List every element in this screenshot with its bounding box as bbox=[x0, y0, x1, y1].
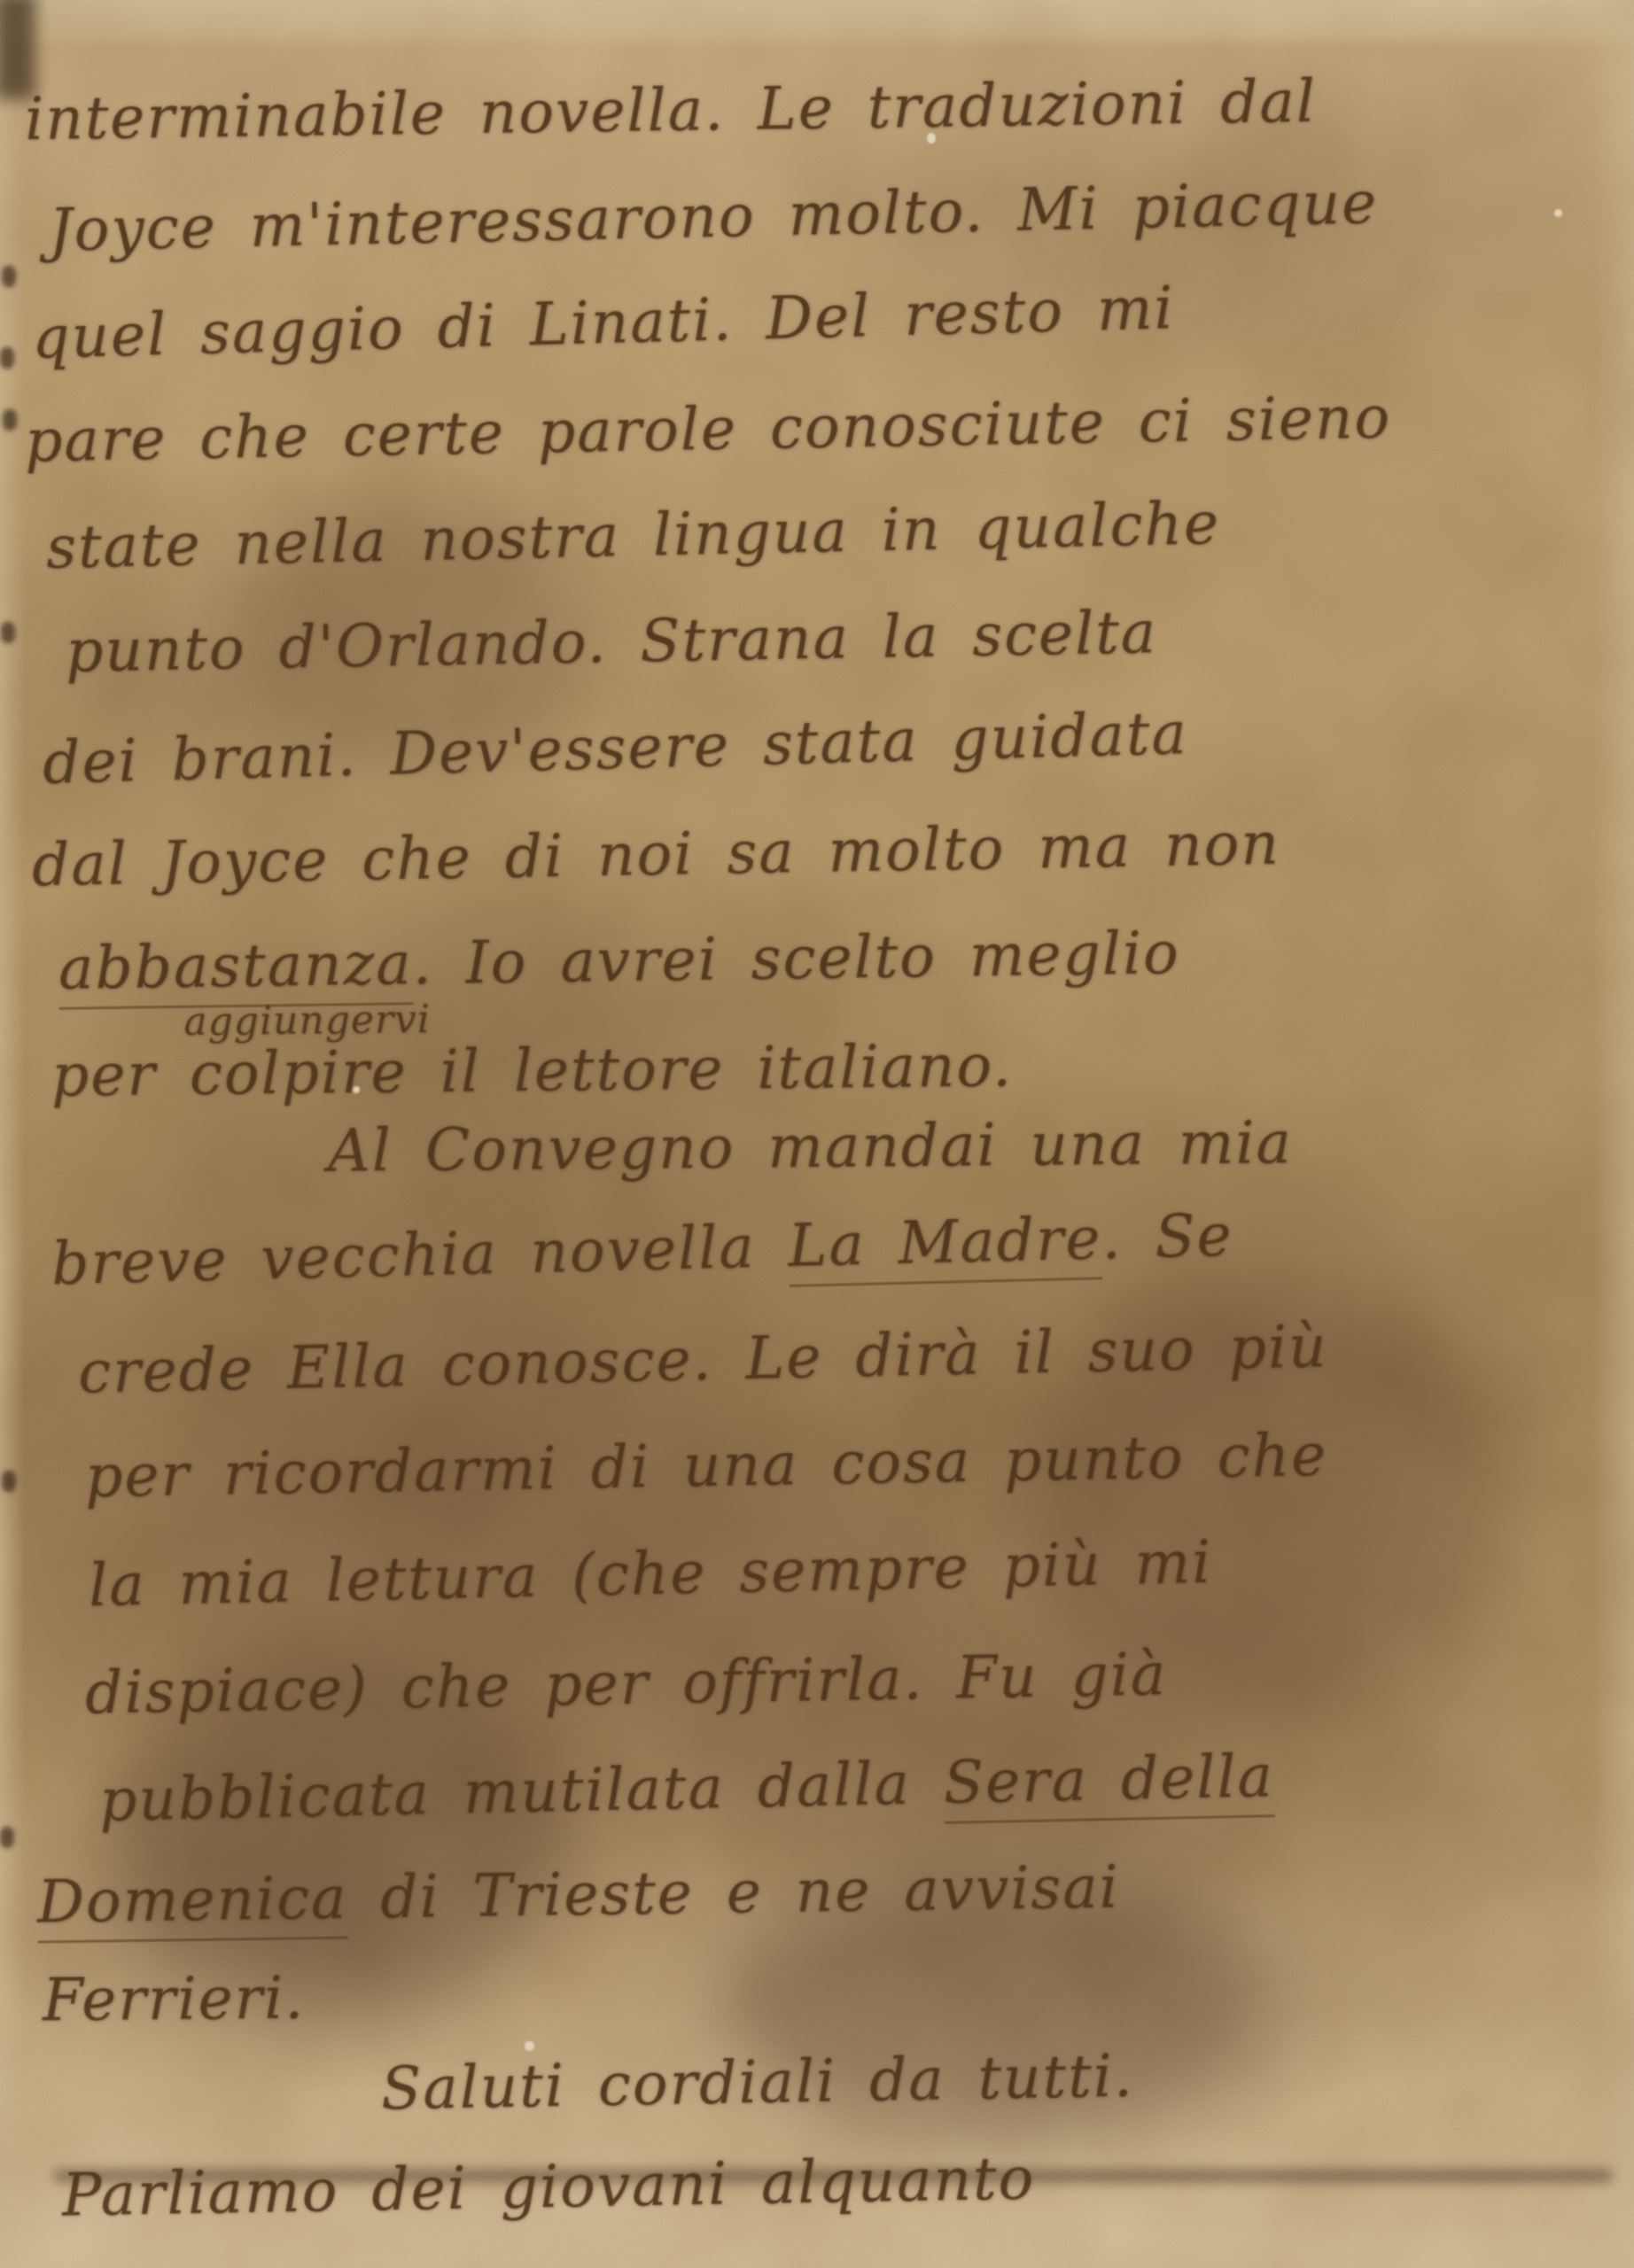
handwriting-text: Ferrieri. bbox=[43, 1964, 306, 2035]
handwriting-line: Domenica di Trieste e ne avvisai bbox=[37, 1858, 1120, 1931]
handwriting-line: Ferrieri. bbox=[43, 1969, 306, 2031]
handwriting-line: aggiungerviper colpire il lettore italia… bbox=[51, 1037, 1014, 1105]
handwriting-text: di Trieste e ne avvisai bbox=[347, 1852, 1120, 1931]
edge-ink-mark bbox=[1, 622, 15, 643]
handwriting-line: Parliamo dei giovani alquanto bbox=[62, 2149, 1036, 2225]
letter-photo: interminabile novella. Le traduzioni dal… bbox=[0, 0, 1634, 2268]
edge-ink-mark bbox=[0, 347, 14, 369]
photo-edge-top bbox=[0, 0, 1634, 48]
handwriting-line: Al Convegno mandai una mia bbox=[328, 1114, 1293, 1180]
edge-ink-mark bbox=[0, 1827, 14, 1848]
edge-ink-mark bbox=[2, 1471, 16, 1492]
photo-edge-right bbox=[1593, 0, 1634, 2268]
underlined-word: La Madre bbox=[788, 1204, 1103, 1287]
edge-ink-mark bbox=[3, 409, 17, 431]
handwriting-line: interminabile novella. Le traduzioni dal bbox=[25, 73, 1318, 149]
edge-ink-mark bbox=[2, 266, 16, 287]
underlined-word: Sera della bbox=[943, 1742, 1275, 1824]
photo-edge-left bbox=[0, 0, 25, 2268]
interline-insertion: aggiungervi bbox=[183, 1000, 431, 1042]
handwriting-line: Saluti cordiali da tutti. bbox=[380, 2047, 1134, 2119]
handwriting-text: Saluti cordiali da tutti. bbox=[380, 2042, 1134, 2124]
handwriting-text: . Io avrei scelto meglio bbox=[412, 919, 1180, 998]
paper-speck bbox=[1554, 209, 1562, 217]
handwriting-text: . Se bbox=[1101, 1201, 1233, 1273]
paper-speck bbox=[525, 2041, 534, 2051]
handwriting-text: Al Convegno mandai una mia bbox=[328, 1108, 1293, 1184]
underlined-word: Domenica bbox=[37, 1864, 348, 1944]
handwriting-line: abbastanza. Io avrei scelto meglio bbox=[58, 924, 1181, 998]
